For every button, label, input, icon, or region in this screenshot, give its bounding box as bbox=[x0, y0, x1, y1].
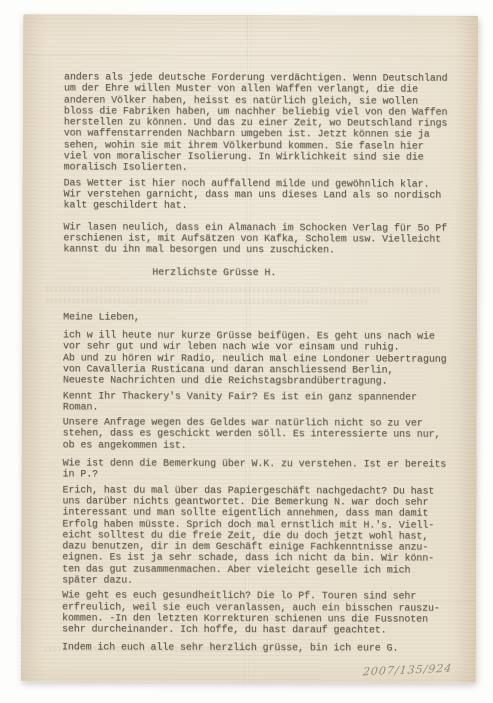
letter-line: ob es angekommen ist. bbox=[63, 440, 465, 453]
letter-line: kannst du ihn mal besorgen und uns zusch… bbox=[63, 245, 465, 258]
paragraph: Erich, hast du mal über das Papiergeschä… bbox=[62, 485, 464, 588]
letter-body: anders als jede deutsche Forderung verdä… bbox=[62, 72, 466, 655]
letter-line: Wie geht es euch gesundheitlich? Die lo … bbox=[62, 591, 464, 604]
letter-line: Meine Lieben, bbox=[63, 312, 465, 325]
paragraph: Das Wetter ist hier noch auffallend mild… bbox=[63, 178, 465, 213]
letter-line: sehr durcheinander. Ich hoffe, du hast d… bbox=[62, 625, 464, 638]
letter-line: moralisch Isolierten. bbox=[64, 163, 466, 176]
letter-line: interessant und man sollte eigentlich an… bbox=[62, 508, 464, 521]
paragraph: Wie geht es euch gesundheitlich? Die lo … bbox=[62, 591, 464, 638]
letter-line: vor sehr gut und wir leben nach wie vor … bbox=[63, 342, 465, 355]
paragraph: ich w ill heute nur kurze Grüsse beifüge… bbox=[63, 330, 465, 388]
letter-line: in P.? bbox=[63, 470, 465, 483]
letter-line: eignen. Es ist ja sehr schade, dass ich … bbox=[62, 553, 464, 566]
paragraph: Wie ist denn die Bemerkung über W.K. zu … bbox=[63, 458, 465, 482]
letter-line: um der Ehre willen Muster von allen Waff… bbox=[64, 84, 466, 97]
letter-paper: anders als jede deutsche Forderung verdä… bbox=[21, 14, 478, 683]
paragraph: Kennt Ihr Thackery's Vanity Fair? Es ist… bbox=[63, 391, 465, 415]
letter-line: später dazu. bbox=[62, 575, 464, 588]
paragraph: Unsere Anfrage wegen des Geldes war natü… bbox=[63, 417, 465, 452]
letter-line: kalt geschildert hat. bbox=[63, 201, 465, 214]
letter-line: Neueste Nachrichten und die Reichstagsbr… bbox=[63, 376, 465, 389]
archive-reference: 2007/135/924 bbox=[362, 662, 453, 679]
letter-line: Indem ich euch alle sehr herzlich grüsse… bbox=[62, 643, 464, 656]
paragraph: Meine Lieben, bbox=[63, 312, 465, 325]
letter-line: Wie ist denn die Bemerkung über W.K. zu … bbox=[63, 458, 465, 471]
paragraph: Indem ich euch alle sehr herzlich grüsse… bbox=[62, 643, 464, 656]
paragraph: Wir lasen neulich, dass ein Almanach im … bbox=[63, 222, 465, 257]
letter-line: Roman. bbox=[63, 402, 465, 415]
scan-background: anders als jede deutsche Forderung verdä… bbox=[0, 0, 493, 703]
letter-line: Herzlichste Grüsse H. bbox=[152, 268, 465, 280]
paragraph: Herzlichste Grüsse H. bbox=[63, 268, 465, 281]
paragraph: anders als jede deutsche Forderung verdä… bbox=[64, 72, 466, 175]
letter-line: Kennt Ihr Thackery's Vanity Fair? Es ist… bbox=[63, 391, 465, 404]
